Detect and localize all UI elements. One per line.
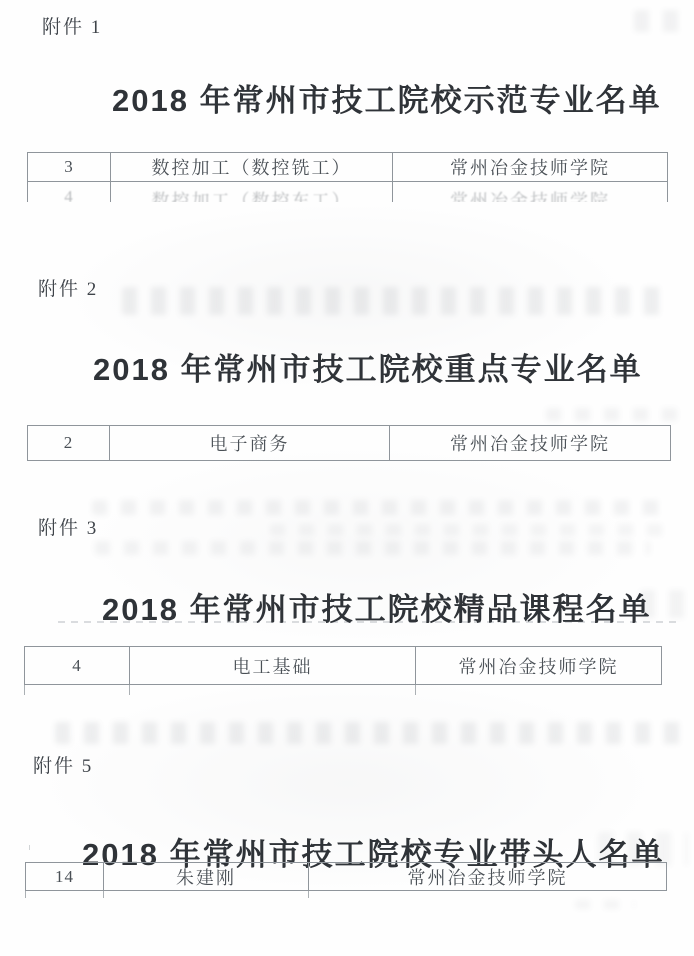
attachment-1-table: 3 数控加工（数控铣工） 常州冶金技师学院 4 数控加工（数控车工） 常州冶金技… xyxy=(27,152,668,202)
table-row: 14 朱建刚 常州冶金技师学院 xyxy=(25,863,667,891)
scan-bleedthrough-band xyxy=(55,722,690,744)
attachment-3-title: 2018 年常州市技工院校精品课程名单 xyxy=(102,584,652,629)
next-row-stub xyxy=(25,891,26,898)
cell-name: 数控加工（数控车工） xyxy=(110,182,392,202)
paper-texture xyxy=(0,0,694,956)
scan-bleedthrough-band xyxy=(270,524,670,536)
attachment-1-label: 附件 1 xyxy=(42,12,102,39)
scan-bleedthrough-band xyxy=(546,408,678,421)
scan-artifact-tick xyxy=(29,845,30,850)
partial-cell-text: 4 xyxy=(64,182,74,202)
table-row: 2 电子商务 常州冶金技师学院 xyxy=(27,426,671,461)
scan-smudge xyxy=(575,900,635,909)
cell-name: 朱建刚 xyxy=(103,863,308,890)
next-row-stub xyxy=(129,685,130,695)
attachment-5-table: 14 朱建刚 常州冶金技师学院 xyxy=(25,862,667,891)
scan-bleedthrough-band xyxy=(92,500,667,515)
attachment-2-table: 2 电子商务 常州冶金技师学院 xyxy=(27,425,671,461)
attachment-2-title: 2018 年常州市技工院校重点专业名单 xyxy=(93,344,643,389)
cell-school: 常州冶金技师学院 xyxy=(392,182,668,202)
cell-seq: 14 xyxy=(25,863,103,890)
next-row-stub xyxy=(415,685,416,695)
cell-school: 常州冶金技师学院 xyxy=(389,426,671,460)
cell-school: 常州冶金技师学院 xyxy=(392,153,668,181)
scanned-document-page: 附件 1 2018 年常州市技工院校示范专业名单 3 数控加工（数控铣工） 常州… xyxy=(0,0,694,956)
table-row: 3 数控加工（数控铣工） 常州冶金技师学院 xyxy=(27,153,668,182)
table-row-partial: 4 数控加工（数控车工） 常州冶金技师学院 xyxy=(27,182,668,202)
cell-seq: 4 xyxy=(27,182,110,202)
cell-name: 数控加工（数控铣工） xyxy=(110,153,392,181)
cell-name: 电子商务 xyxy=(109,426,389,460)
cell-school: 常州冶金技师学院 xyxy=(415,647,662,684)
cell-school: 常州冶金技师学院 xyxy=(308,863,667,890)
partial-cell-text: 数控加工（数控车工） xyxy=(152,182,352,202)
next-row-stub xyxy=(103,891,104,898)
table-row: 4 电工基础 常州冶金技师学院 xyxy=(24,647,662,685)
attachment-5-label: 附件 5 xyxy=(33,751,93,778)
scan-bleedthrough-band xyxy=(122,287,664,315)
attachment-2-label: 附件 2 xyxy=(38,274,98,301)
next-row-stub xyxy=(308,891,309,898)
scan-smudge xyxy=(634,10,688,32)
scan-bleedthrough-band xyxy=(95,541,650,555)
cell-seq: 4 xyxy=(24,647,129,684)
cell-seq: 2 xyxy=(27,426,109,460)
attachment-1-title: 2018 年常州市技工院校示范专业名单 xyxy=(112,75,662,120)
partial-cell-text: 常州冶金技师学院 xyxy=(450,182,610,202)
attachment-3-label: 附件 3 xyxy=(38,513,98,540)
cell-name: 电工基础 xyxy=(129,647,415,684)
cell-seq: 3 xyxy=(27,153,110,181)
next-row-stub xyxy=(24,685,25,695)
attachment-3-table: 4 电工基础 常州冶金技师学院 xyxy=(24,646,662,685)
